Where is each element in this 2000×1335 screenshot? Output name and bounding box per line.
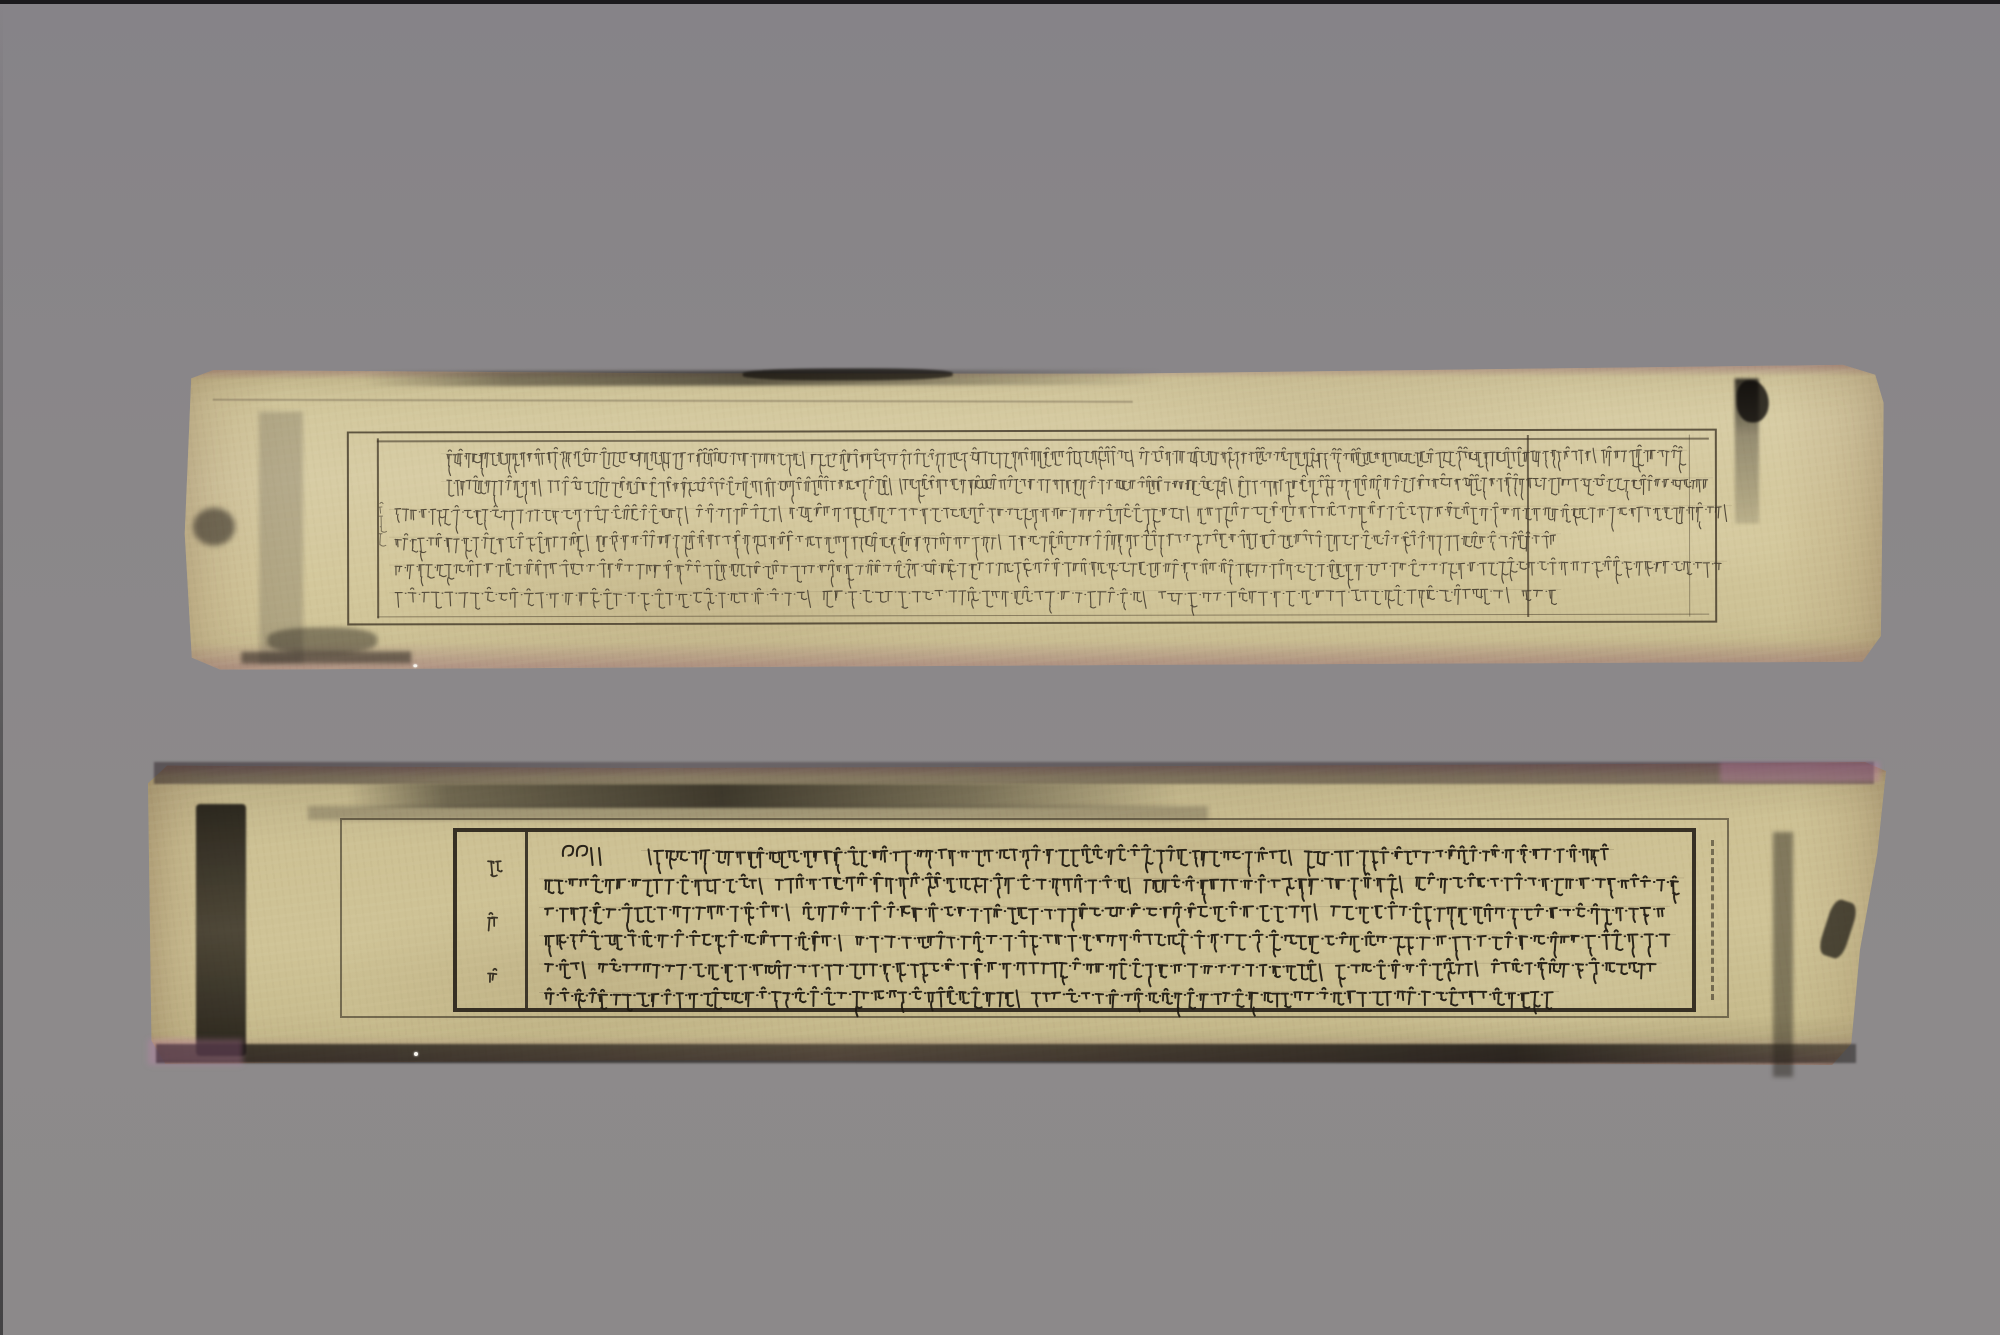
manuscript-photograph [0,0,2000,1335]
photo-left-edge [0,0,3,1335]
tibetan-text-block [183,364,1885,670]
lower-folio [148,762,1886,1065]
tibetan-text-block [148,762,1886,1065]
paper-speck [414,1052,418,1056]
paper-speck [413,664,417,667]
photo-top-edge [0,0,2000,4]
upper-folio [183,364,1885,670]
